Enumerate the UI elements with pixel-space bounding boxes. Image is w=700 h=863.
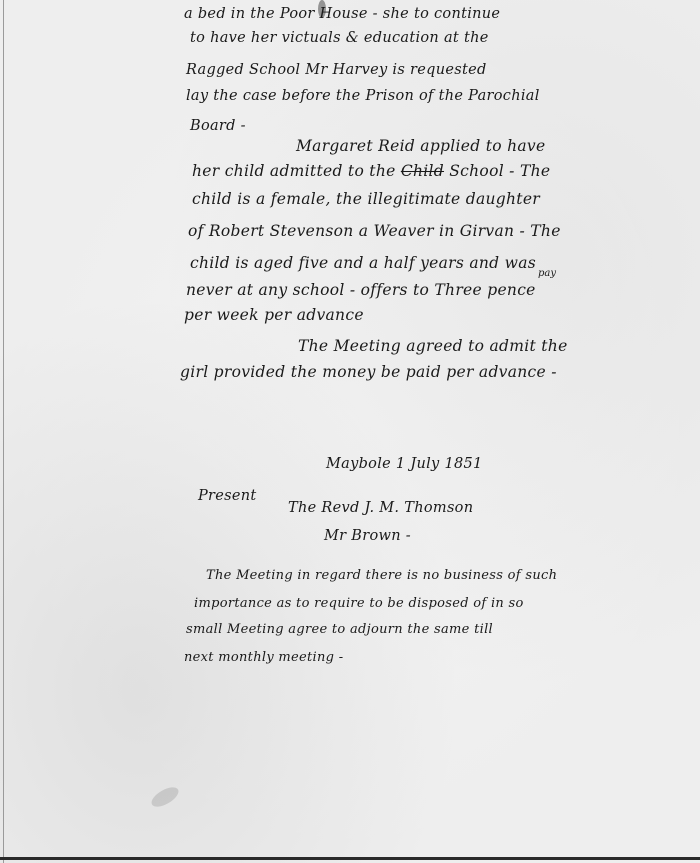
entry1-line1: a bed in the Poor House - she to continu… — [184, 6, 500, 22]
interlinear-insert: pay — [538, 268, 556, 279]
closing-line3: small Meeting agree to adjourn the same … — [186, 622, 493, 637]
page-left-edge — [3, 0, 4, 863]
entry2-line6-tail: Three pence — [434, 281, 535, 299]
struck-word: Child — [401, 162, 444, 180]
entry2-line6-text: never at any school - offers to — [186, 281, 429, 299]
entry2-line2: her child admitted to the Child School -… — [192, 162, 550, 180]
ink-smudge — [149, 783, 182, 810]
page-bottom-edge — [0, 857, 700, 860]
entry2-line3: child is a female, the illegitimate daug… — [192, 190, 540, 208]
entry1-line2: to have her victuals & education at the — [190, 30, 489, 46]
entry2-line7: per week per advance — [184, 306, 364, 324]
entry3-line2: girl provided the money be paid per adva… — [180, 363, 557, 381]
entry2-line6: never at any school - offers to Three pe… — [186, 281, 536, 299]
manuscript-page: a bed in the Poor House - she to continu… — [0, 0, 700, 863]
closing-line1: The Meeting in regard there is no busine… — [206, 568, 557, 583]
entry1-line4: lay the case before the Prison of the Pa… — [186, 88, 540, 104]
attendee-2: Mr Brown - — [324, 528, 411, 544]
attendee-1: The Revd J. M. Thomson — [288, 500, 473, 516]
meeting-place-date: Maybole 1 July 1851 — [326, 456, 483, 472]
closing-line2: importance as to require to be disposed … — [194, 596, 524, 611]
entry2-line1: Margaret Reid applied to have — [296, 137, 545, 155]
entry2-line2-text: her child admitted to the — [192, 162, 396, 180]
closing-line4: next monthly meeting - — [184, 650, 343, 665]
present-label: Present — [198, 488, 257, 504]
entry2-line2-tail: School - The — [449, 162, 550, 180]
entry1-line5: Board - — [190, 118, 246, 134]
entry1-line3: Ragged School Mr Harvey is requested — [186, 62, 487, 78]
entry3-line1: The Meeting agreed to admit the — [298, 337, 568, 355]
entry2-line4: of Robert Stevenson a Weaver in Girvan -… — [188, 222, 561, 240]
entry2-line5: child is aged five and a half years and … — [190, 254, 536, 272]
